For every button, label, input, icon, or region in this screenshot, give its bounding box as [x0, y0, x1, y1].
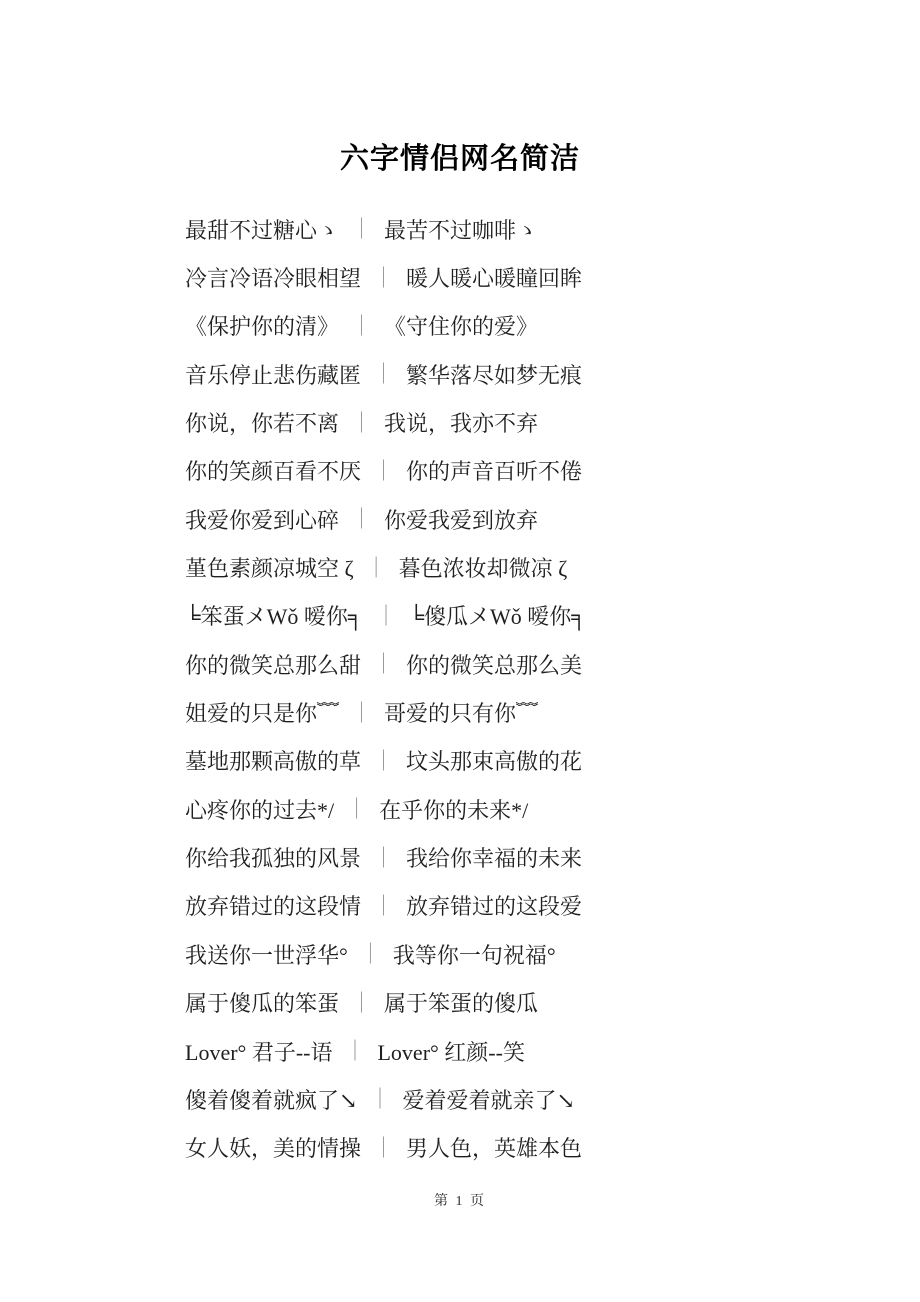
right-name: 暖人暖心暖瞳回眸 [406, 262, 582, 293]
left-name: 我送你一世浮华° [185, 939, 348, 970]
separator: ｜ [369, 1083, 390, 1113]
left-name: 墓地那颗高傲的草 [185, 745, 361, 776]
left-name: 姐爱的只是你﹌ [185, 697, 339, 728]
left-name: 我爱你爱到心碎 [185, 504, 339, 535]
right-name: 放弃错过的这段爱 [406, 890, 582, 921]
right-name: 属于笨蛋的傻瓜 [384, 987, 538, 1018]
name-pair-row: 属于傻瓜的笨蛋｜属于笨蛋的傻瓜 [185, 979, 860, 1027]
separator: ｜ [373, 455, 394, 485]
name-pair-row: 女人妖，美的情操｜男人色，英雄本色 [185, 1124, 860, 1172]
separator: ｜ [373, 358, 394, 388]
left-name: 傻着傻着就疯了↘ [185, 1084, 357, 1115]
name-pair-row: 最甜不过糖心ゝ｜最苦不过咖啡ゝ [185, 205, 860, 253]
left-name: 《保护你的清》 [185, 310, 339, 341]
name-pair-row: 你给我孤独的风景｜我给你幸福的未来 [185, 833, 860, 881]
page-number: 第 1 页 [0, 1190, 920, 1210]
right-name: 暮色浓妆却微凉 ζ [399, 552, 568, 583]
left-name: 心疼你的过去*/ [185, 794, 334, 825]
name-pair-row: 墓地那颗高傲的草｜坟头那束高傲的花 [185, 737, 860, 785]
right-name: ╘傻瓜メWǒ 嗳你╕ [408, 600, 586, 631]
separator: ｜ [373, 745, 394, 775]
separator: ｜ [344, 1035, 365, 1065]
name-pair-row: 冷言冷语冷眼相望｜暖人暖心暖瞳回眸 [185, 253, 860, 301]
left-name: 你的笑颜百看不厌 [185, 455, 361, 486]
left-name: 你给我孤独的风景 [185, 842, 361, 873]
left-name: 冷言冷语冷眼相望 [185, 262, 361, 293]
name-pair-row: 堇色素颜凉城空 ζ｜暮色浓妆却微凉 ζ [185, 543, 860, 591]
right-name: 最苦不过咖啡ゝ [384, 214, 538, 245]
left-name: Lover° 君子--语 [185, 1036, 332, 1067]
separator: ｜ [373, 262, 394, 292]
right-name: 哥爱的只有你﹌ [384, 697, 538, 728]
left-name: 放弃错过的这段情 [185, 890, 361, 921]
right-name: 我说，我亦不弃 [384, 407, 538, 438]
separator: ｜ [360, 938, 381, 968]
separator: ｜ [351, 987, 372, 1017]
separator: ｜ [373, 1132, 394, 1162]
name-pair-row: ╘笨蛋メWǒ 嗳你╕｜╘傻瓜メWǒ 嗳你╕ [185, 592, 860, 640]
left-name: ╘笨蛋メWǒ 嗳你╕ [185, 600, 363, 631]
separator: ｜ [373, 648, 394, 678]
separator: ｜ [351, 213, 372, 243]
left-name: 堇色素颜凉城空 ζ [185, 552, 354, 583]
right-name: 在乎你的未来*/ [379, 794, 528, 825]
name-pair-row: 放弃错过的这段情｜放弃错过的这段爱 [185, 882, 860, 930]
name-pair-row: 姐爱的只是你﹌｜哥爱的只有你﹌ [185, 688, 860, 736]
right-name: 繁华落尽如梦无痕 [406, 359, 582, 390]
name-pair-row: 心疼你的过去*/｜在乎你的未来*/ [185, 785, 860, 833]
right-name: 你的微笑总那么美 [406, 649, 582, 680]
right-name: 你的声音百听不倦 [406, 455, 582, 486]
separator: ｜ [351, 503, 372, 533]
name-pair-row: 我爱你爱到心碎｜你爱我爱到放弃 [185, 495, 860, 543]
right-name: 坟头那束高傲的花 [406, 745, 582, 776]
right-name: 男人色，英雄本色 [406, 1132, 582, 1163]
separator: ｜ [373, 842, 394, 872]
name-pair-row: 音乐停止悲伤藏匿｜繁华落尽如梦无痕 [185, 350, 860, 398]
left-name: 女人妖，美的情操 [185, 1132, 361, 1163]
name-pair-row: 你的笑颜百看不厌｜你的声音百听不倦 [185, 447, 860, 495]
name-pair-row: 傻着傻着就疯了↘｜爱着爱着就亲了↘ [185, 1075, 860, 1123]
left-name: 音乐停止悲伤藏匿 [185, 359, 361, 390]
separator: ｜ [375, 600, 396, 630]
name-pair-row: 《保护你的清》｜《守住你的爱》 [185, 302, 860, 350]
right-name: 我等你一句祝福° [393, 939, 556, 970]
separator: ｜ [351, 310, 372, 340]
name-pair-row: 你的微笑总那么甜｜你的微笑总那么美 [185, 640, 860, 688]
document-page: 六字情侣网名简洁 最甜不过糖心ゝ｜最苦不过咖啡ゝ 冷言冷语冷眼相望｜暖人暖心暖瞳… [0, 0, 920, 1302]
page-title: 六字情侣网名简洁 [0, 136, 920, 177]
name-pair-row: 我送你一世浮华°｜我等你一句祝福° [185, 930, 860, 978]
right-name: 爱着爱着就亲了↘ [402, 1084, 574, 1115]
name-pair-list: 最甜不过糖心ゝ｜最苦不过咖啡ゝ 冷言冷语冷眼相望｜暖人暖心暖瞳回眸 《保护你的清… [185, 205, 860, 1172]
left-name: 你的微笑总那么甜 [185, 649, 361, 680]
left-name: 最甜不过糖心ゝ [185, 214, 339, 245]
left-name: 属于傻瓜的笨蛋 [185, 987, 339, 1018]
right-name: Lover° 红颜--笑 [377, 1036, 524, 1067]
left-name: 你说，你若不离 [185, 407, 339, 438]
separator: ｜ [346, 793, 367, 823]
separator: ｜ [351, 407, 372, 437]
name-pair-row: Lover° 君子--语｜Lover° 红颜--笑 [185, 1027, 860, 1075]
separator: ｜ [366, 552, 387, 582]
right-name: 我给你幸福的未来 [406, 842, 582, 873]
right-name: 《守住你的爱》 [384, 310, 538, 341]
right-name: 你爱我爱到放弃 [384, 504, 538, 535]
name-pair-row: 你说，你若不离｜我说，我亦不弃 [185, 398, 860, 446]
separator: ｜ [351, 697, 372, 727]
separator: ｜ [373, 890, 394, 920]
